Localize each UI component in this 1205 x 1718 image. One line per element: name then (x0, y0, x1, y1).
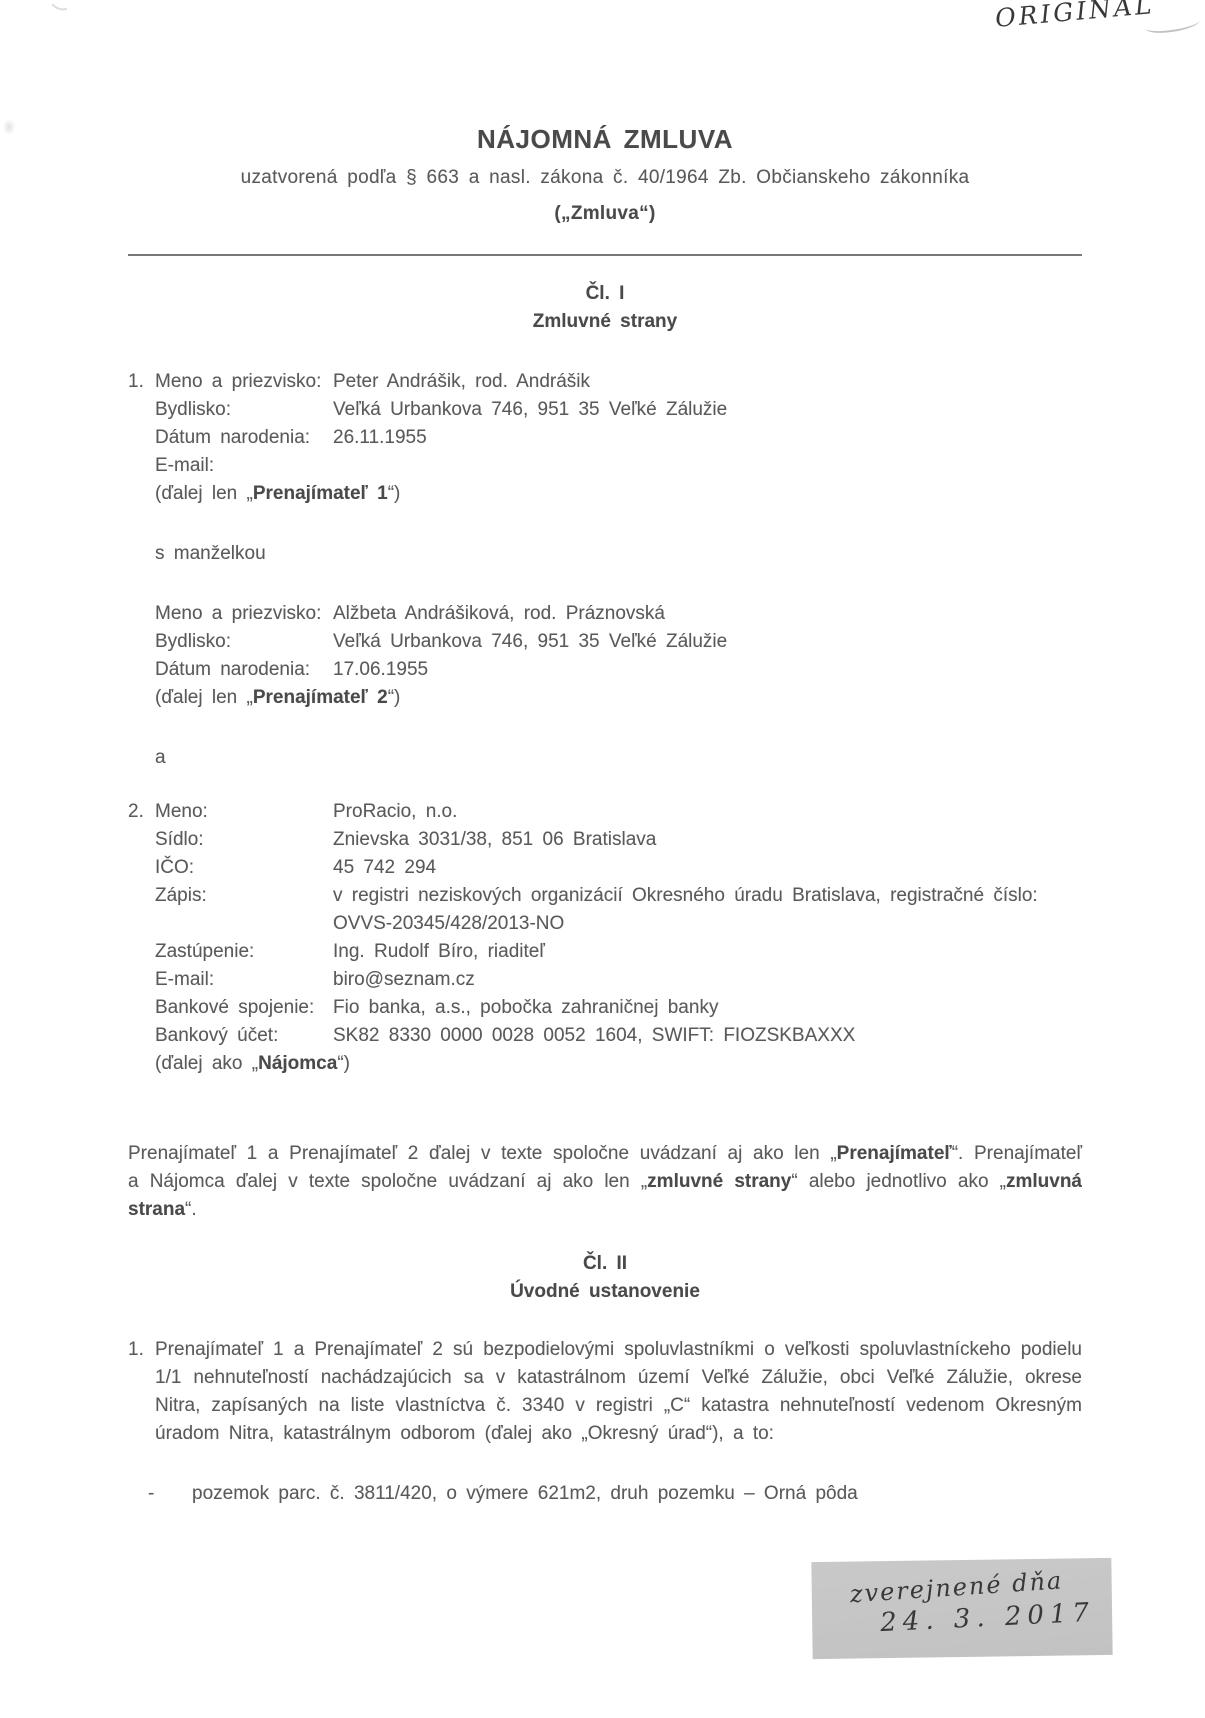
clause1-index: 1. (128, 1336, 155, 1448)
field-row: Bydlisko: Veľká Urbankova 746, 951 35 Ve… (155, 396, 1082, 424)
field-label: Sídlo: (155, 826, 333, 854)
document-body: NÁJOMNÁ ZMLUVA uzatvorená podľa § 663 a … (128, 0, 1082, 1508)
field-value: 26.11.1955 (333, 424, 1082, 452)
party1-index: 1. (128, 368, 155, 508)
field-value: Znievska 3031/38, 851 06 Bratislava (333, 826, 1082, 854)
field-row: E-mail: (155, 452, 1082, 480)
field-value: biro@seznam.cz (333, 966, 1082, 994)
field-row: IČO: 45 742 294 (155, 854, 1082, 882)
field-label: Bankový účet: (155, 1022, 333, 1050)
field-row: E-mail: biro@seznam.cz (155, 966, 1082, 994)
party3-index: 2. (128, 798, 155, 1078)
party1-alias: (ďalej len „Prenajímateľ 1“) (155, 480, 1082, 508)
field-label: Bydlisko: (155, 628, 333, 656)
field-row: Dátum narodenia: 26.11.1955 (155, 424, 1082, 452)
document-subtitle: uzatvorená podľa § 663 a nasl. zákona č.… (128, 164, 1082, 192)
party3-alias: (ďalej ako „Nájomca“) (155, 1050, 1082, 1078)
joint-designation-paragraph: Prenajímateľ 1 a Prenajímateľ 2 ďalej v … (128, 1140, 1082, 1224)
scanned-contract-page: ORIGINÁL NÁJOMNÁ ZMLUVA uzatvorená podľa… (0, 0, 1205, 1718)
field-label: E-mail: (155, 966, 333, 994)
field-label: Zastúpenie: (155, 938, 333, 966)
document-title: NÁJOMNÁ ZMLUVA (128, 122, 1082, 156)
field-row: Meno: ProRacio, n.o. (155, 798, 1082, 826)
party2-alias: (ďalej len „Prenajímateľ 2“) (155, 684, 1082, 712)
parcel-bullet-item: - pozemok parc. č. 3811/420, o výmere 62… (148, 1480, 1082, 1508)
field-value: SK82 8330 0000 0028 0052 1604, SWIFT: FI… (333, 1022, 1082, 1050)
document-short-name: („Zmluva“) (128, 200, 1082, 228)
field-label: Meno: (155, 798, 333, 826)
bullet-marker: - (148, 1480, 192, 1508)
field-row: Zápis: v registri neziskových organizáci… (155, 882, 1082, 938)
article1-number: Čl. I (128, 280, 1082, 308)
field-label: Bankové spojenie: (155, 994, 333, 1022)
field-value: Peter Andrášik, rod. Andrášik (333, 368, 1082, 396)
party1-block: 1. Meno a priezvisko: Peter Andrášik, ro… (128, 368, 1082, 508)
field-row: Meno a priezvisko: Peter Andrášik, rod. … (155, 368, 1082, 396)
scan-artifact (2, 118, 16, 136)
article1-heading: Čl. I Zmluvné strany (128, 280, 1082, 336)
article2-title: Úvodné ustanovenie (128, 1278, 1082, 1306)
field-value: Veľká Urbankova 746, 951 35 Veľké Záluži… (333, 628, 1082, 656)
article1-title: Zmluvné strany (128, 308, 1082, 336)
spouse-connector: s manželkou (155, 540, 1082, 568)
field-row: Bydlisko: Veľká Urbankova 746, 951 35 Ve… (155, 628, 1082, 656)
field-value: 45 742 294 (333, 854, 1082, 882)
field-label: Dátum narodenia: (155, 656, 333, 684)
field-row: Bankový účet: SK82 8330 0000 0028 0052 1… (155, 1022, 1082, 1050)
field-value: v registri neziskových organizácií Okres… (333, 882, 1082, 938)
field-value: Veľká Urbankova 746, 951 35 Veľké Záluži… (333, 396, 1082, 424)
scan-artifact (48, 0, 74, 13)
horizontal-rule (128, 254, 1082, 256)
article2-heading: Čl. II Úvodné ustanovenie (128, 1250, 1082, 1306)
party3-block: 2. Meno: ProRacio, n.o. Sídlo: Znievska … (128, 798, 1082, 1078)
article2-clause1: 1. Prenajímateľ 1 a Prenajímateľ 2 sú be… (128, 1336, 1082, 1448)
field-row: Bankové spojenie: Fio banka, a.s., poboč… (155, 994, 1082, 1022)
field-value: ProRacio, n.o. (333, 798, 1082, 826)
field-value: Alžbeta Andrášiková, rod. Práznovská (333, 600, 1082, 628)
field-value: Ing. Rudolf Bíro, riaditeľ (333, 938, 1082, 966)
party2-block: Meno a priezvisko: Alžbeta Andrášiková, … (128, 600, 1082, 712)
publication-stamp-note: zverejnené dňa 24. 3. 2017 (811, 1558, 1112, 1659)
field-value: 17.06.1955 (333, 656, 1082, 684)
clause1-text: Prenajímateľ 1 a Prenajímateľ 2 sú bezpo… (155, 1336, 1082, 1448)
field-row: Dátum narodenia: 17.06.1955 (155, 656, 1082, 684)
party2-index (128, 600, 155, 712)
and-connector: a (155, 744, 1082, 772)
field-label: Meno a priezvisko: (155, 600, 333, 628)
field-label: Meno a priezvisko: (155, 368, 333, 396)
article2-number: Čl. II (128, 1250, 1082, 1278)
field-label: IČO: (155, 854, 333, 882)
field-row: Zastúpenie: Ing. Rudolf Bíro, riaditeľ (155, 938, 1082, 966)
field-label: E-mail: (155, 452, 333, 480)
field-label: Zápis: (155, 882, 333, 938)
field-value (333, 452, 1082, 480)
field-label: Dátum narodenia: (155, 424, 333, 452)
field-row: Meno a priezvisko: Alžbeta Andrášiková, … (155, 600, 1082, 628)
field-label: Bydlisko: (155, 396, 333, 424)
bullet-text: pozemok parc. č. 3811/420, o výmere 621m… (192, 1480, 858, 1508)
field-value: Fio banka, a.s., pobočka zahraničnej ban… (333, 994, 1082, 1022)
field-row: Sídlo: Znievska 3031/38, 851 06 Bratisla… (155, 826, 1082, 854)
